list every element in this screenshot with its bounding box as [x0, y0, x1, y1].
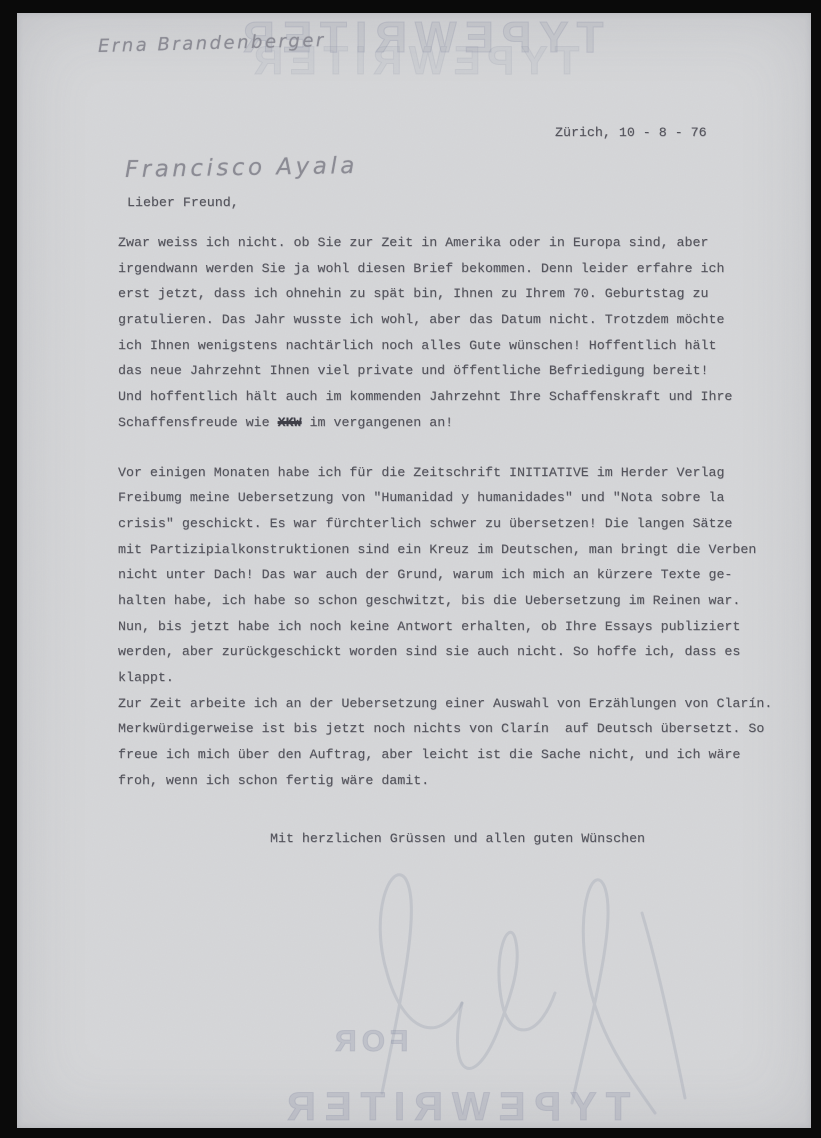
- body-line: erst jetzt, dass ich ohnehin zu spät bin…: [118, 281, 772, 307]
- body-line: crisis" geschickt. Es war fürchterlich s…: [118, 511, 772, 537]
- body-line: das neue Jahrzehnt Ihnen viel private un…: [118, 358, 772, 384]
- body-line: mit Partizipialkonstruktionen sind ein K…: [118, 537, 772, 563]
- body-line-overstrike: Schaffensfreude wie XKW im vergangenen a…: [118, 410, 772, 436]
- body-line: werden, aber zurückgeschickt worden sind…: [118, 639, 772, 665]
- body-line: gratulieren. Das Jahr wusste ich wohl, a…: [118, 307, 772, 333]
- watermark-for: FOR: [330, 1025, 408, 1059]
- body-line: Vor einigen Monaten habe ich für die Zei…: [118, 460, 772, 486]
- pencil-recipient-name: Francisco Ayala: [125, 153, 358, 183]
- paragraph-1: Zwar weiss ich nicht. ob Sie zur Zeit in…: [118, 230, 772, 436]
- body-line: ich Ihnen wenigstens nachtärlich noch al…: [118, 333, 772, 359]
- body-line: froh, wenn ich schon fertig wäre damit.: [118, 768, 772, 794]
- pencil-archivist-name: Erna Brandenberger: [98, 30, 326, 57]
- watermark-typewriter-bottom: TYPEWRITER: [278, 1085, 630, 1128]
- body-line: Merkwürdigerweise ist bis jetzt noch nic…: [118, 716, 772, 742]
- body-line: klappt.: [118, 665, 772, 691]
- salutation: Lieber Freund,: [127, 192, 239, 214]
- closing-block: Mit herzlichen Grüssen und allen guten W…: [118, 826, 772, 852]
- overstruck-characters: XKW: [278, 415, 302, 430]
- dateline: Zürich, 10 - 8 - 76: [555, 123, 707, 143]
- body-line: Nun, bis jetzt habe ich noch keine Antwo…: [118, 614, 772, 640]
- letter-paper: TYPEWRITER TYPEWRITER FOR TYPEWRITER Ern…: [17, 13, 811, 1128]
- letter-body: Zwar weiss ich nicht. ob Sie zur Zeit in…: [118, 230, 772, 852]
- body-line: irgendwann werden Sie ja wohl diesen Bri…: [118, 256, 772, 282]
- body-line: freue ich mich über den Auftrag, aber le…: [118, 742, 772, 768]
- body-line: Zur Zeit arbeite ich an der Uebersetzung…: [118, 691, 772, 717]
- body-line: Und hoffentlich hält auch im kommenden J…: [118, 384, 772, 410]
- body-line: Zwar weiss ich nicht. ob Sie zur Zeit in…: [118, 230, 772, 256]
- body-line: nicht unter Dach! Das war auch der Grund…: [118, 562, 772, 588]
- scanned-letter-photo: { "page": { "background_color": "#0a0a0a…: [0, 0, 821, 1138]
- closing-line: Mit herzlichen Grüssen und allen guten W…: [270, 826, 772, 852]
- body-line: Freibumg meine Uebersetzung von "Humanid…: [118, 485, 772, 511]
- overstrike-after: im vergangenen an!: [302, 415, 454, 430]
- body-line: halten habe, ich habe so schon geschwitz…: [118, 588, 772, 614]
- paragraph-2: Vor einigen Monaten habe ich für die Zei…: [118, 460, 772, 691]
- overstrike-before: Schaffensfreude wie: [118, 415, 278, 430]
- paragraph-3: Zur Zeit arbeite ich an der Uebersetzung…: [118, 691, 772, 794]
- watermark-script-flourish: [287, 843, 707, 1128]
